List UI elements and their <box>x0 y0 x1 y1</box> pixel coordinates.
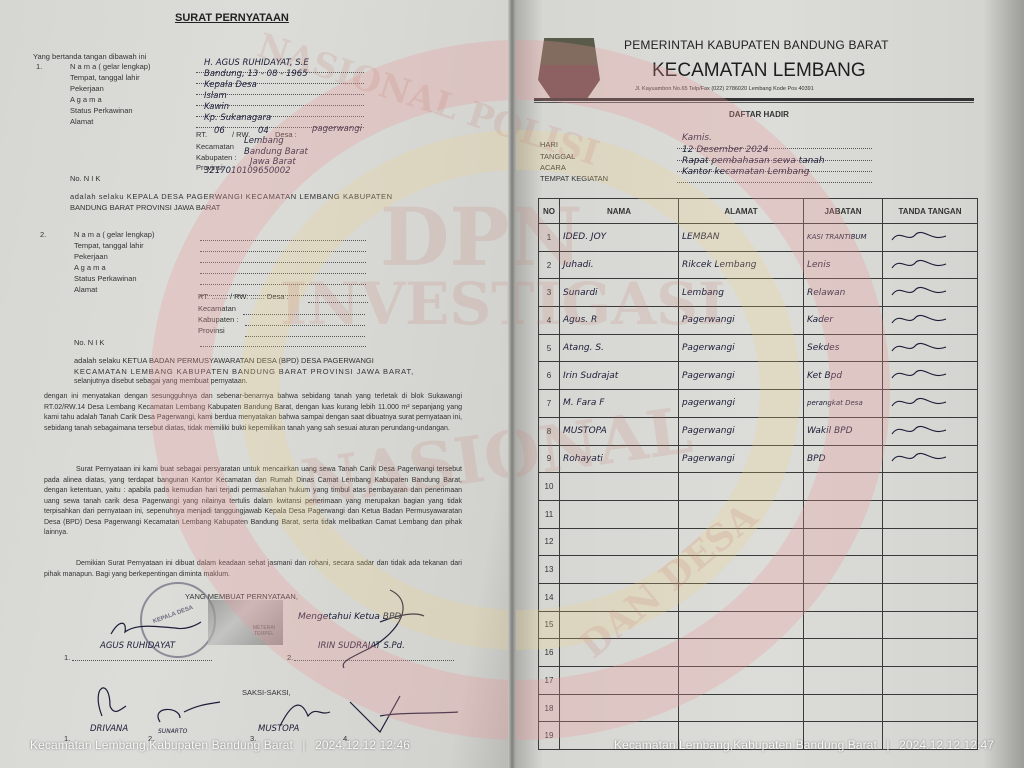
person2-field-blank <box>200 263 366 274</box>
intro-text: Yang bertanda tangan dibawah ini <box>33 52 146 61</box>
letterhead-line1: PEMERINTAH KABUPATEN BANDUNG BARAT <box>624 38 889 52</box>
cell-alamat <box>679 667 804 695</box>
rt-label: RT. <box>196 130 207 139</box>
letterhead-address: Jl. Kayuambon No.65 Telp/Fax (022) 27860… <box>635 86 814 92</box>
table-row: 9RohayatiPagerwangiBPD <box>539 445 978 473</box>
cell-nama: Irin Sudrajat <box>560 362 679 390</box>
table-row: 3SunardiLembangRelawan <box>539 279 978 307</box>
attendance-title: DAFTAR HADIR <box>729 110 789 119</box>
person2-kecamatan-label: Kecamatan <box>198 304 236 313</box>
kecamatan-label: Kecamatan <box>196 142 234 151</box>
table-row: 10 <box>539 473 978 501</box>
person1-label: Status Perkawinan <box>70 106 133 115</box>
signature-cell <box>883 390 978 418</box>
cell-alamat: Pagerwangi <box>679 362 804 390</box>
cell-ttd <box>883 639 978 667</box>
cell-ttd <box>883 556 978 584</box>
person2-field-blank <box>200 230 366 241</box>
cell-jabatan: Lenis <box>804 251 883 279</box>
cell-jabatan <box>804 528 883 556</box>
kabupaten-value: Bandung Barat <box>244 147 308 157</box>
person1-label: A g a m a <box>70 95 102 104</box>
cell-nama: Juhadi. <box>560 251 679 279</box>
cell-jabatan <box>804 556 883 584</box>
cell-nama: M. Fara F <box>560 390 679 418</box>
cell-nama <box>560 583 679 611</box>
cell-alamat: Pagerwangi <box>679 307 804 335</box>
table-row: 5Atang. S.PagerwangiSekdes <box>539 334 978 362</box>
cell-alamat <box>679 473 804 501</box>
cell-no: 14 <box>539 583 560 611</box>
signer1-number: 1. <box>64 653 70 662</box>
table-row: 16 <box>539 639 978 667</box>
cell-alamat <box>679 556 804 584</box>
person1-value: Kawin <box>204 102 229 112</box>
cell-no: 9 <box>539 445 560 473</box>
cell-alamat <box>679 639 804 667</box>
cell-jabatan <box>804 694 883 722</box>
cell-no: 2 <box>539 251 560 279</box>
signer1-signature <box>105 612 205 644</box>
cell-nama: Rohayati <box>560 445 679 473</box>
photo-caption-left: Kecamatan Lembang,Kabupaten Bandung Bara… <box>30 738 410 752</box>
cell-jabatan: KASI TRANTIBUM <box>804 224 883 252</box>
document-title: SURAT PERNYATAAN <box>175 12 289 24</box>
cell-alamat <box>679 500 804 528</box>
cell-alamat: Rikcek Lembang <box>679 251 804 279</box>
person1-value: H. AGUS RUHIDAYAT, S.E <box>204 58 309 68</box>
signature-cell <box>883 362 978 390</box>
rw-value: 04 <box>258 126 269 136</box>
cell-alamat <box>679 611 804 639</box>
signature-cell <box>883 445 978 473</box>
signature-cell <box>883 307 978 335</box>
signer2-signature <box>320 582 430 672</box>
person2-provinsi-label: Provinsi <box>198 326 225 335</box>
surat-pernyataan-page: SURAT PERNYATAAN Yang bertanda tangan di… <box>0 0 512 768</box>
person1-label: N a m a ( gelar lengkap) <box>70 62 150 71</box>
cell-no: 6 <box>539 362 560 390</box>
cell-nama: MUSTOPA <box>560 417 679 445</box>
table-row: 18 <box>539 694 978 722</box>
person1-role-line2: BANDUNG BARAT PROVINSI JAWA BARAT <box>70 203 220 212</box>
person2-kabupaten-label: Kabupaten : <box>198 315 238 324</box>
cell-ttd <box>883 473 978 501</box>
cell-nama <box>560 611 679 639</box>
cell-no: 5 <box>539 334 560 362</box>
person2-rt-line: RT. ........ / RW. ....... Desa : <box>198 292 289 301</box>
attendance-table: NO NAMA ALAMAT JABATAN TANDA TANGAN 1IDE… <box>538 198 978 750</box>
person1-role-line1: adalah selaku KEPALA DESA PAGERWANGI KEC… <box>70 192 393 201</box>
person1-label: Pekerjaan <box>70 84 104 93</box>
table-row: 15 <box>539 611 978 639</box>
cell-nama <box>560 556 679 584</box>
cell-no: 8 <box>539 417 560 445</box>
signature-cell <box>883 279 978 307</box>
cell-jabatan: BPD <box>804 445 883 473</box>
statement-paragraph-2: Surat Pernyataan ini kami buat sebagai p… <box>44 465 462 539</box>
cell-nama <box>560 667 679 695</box>
cell-nama: IDED. JOY <box>560 224 679 252</box>
cell-no: 1 <box>539 224 560 252</box>
cell-alamat: LEMBAN <box>679 224 804 252</box>
location-caption-right: Kecamatan Lembang,Kabupaten Bandung Bara… <box>614 738 877 752</box>
table-header-row: NO NAMA ALAMAT JABATAN TANDA TANGAN <box>539 199 978 224</box>
cell-no: 18 <box>539 694 560 722</box>
person2-label: Tempat, tanggal lahir <box>74 241 144 250</box>
person2-role-line3: selanjutnya disebut sebagai yang membuat… <box>74 378 248 385</box>
table-row: 14 <box>539 583 978 611</box>
person1-number: 1. <box>36 62 42 71</box>
kecamatan-value: Lembang <box>244 136 284 146</box>
cell-ttd <box>883 667 978 695</box>
cell-alamat: Pagerwangi <box>679 417 804 445</box>
cell-no: 17 <box>539 667 560 695</box>
header-jabatan: JABATAN <box>804 199 883 224</box>
header-no: NO <box>539 199 560 224</box>
cell-jabatan: perangkat Desa <box>804 390 883 418</box>
person2-field-blank <box>200 252 366 263</box>
signature-cell <box>883 334 978 362</box>
daftar-hadir-page: PEMERINTAH KABUPATEN BANDUNG BARAT KECAM… <box>512 0 1024 768</box>
cell-no: 19 <box>539 722 560 750</box>
kabupaten-label: Kabupaten : <box>196 153 236 162</box>
person2-role-line1: adalah selaku KETUA BADAN PERMUSYAWARATA… <box>74 356 374 365</box>
header-tanda-tangan: TANDA TANGAN <box>883 199 978 224</box>
signature-cell <box>883 417 978 445</box>
person1-value: Bandung, 13 - 08 - 1965 <box>204 69 308 79</box>
table-row: 1IDED. JOYLEMBANKASI TRANTIBUM <box>539 224 978 252</box>
table-row: 11 <box>539 500 978 528</box>
cell-jabatan <box>804 583 883 611</box>
person2-label: Alamat <box>74 285 97 294</box>
event-field-value: Kamis. <box>682 133 712 143</box>
timestamp-left: 2024.12.12 12:46 <box>315 738 410 752</box>
table-row: 13 <box>539 556 978 584</box>
cell-jabatan <box>804 667 883 695</box>
signature-cell <box>883 224 978 252</box>
cell-nama <box>560 694 679 722</box>
cell-no: 12 <box>539 528 560 556</box>
cell-nama: Sunardi <box>560 279 679 307</box>
person2-nik-label: No. N I K <box>74 338 104 347</box>
cell-nama <box>560 473 679 501</box>
cell-jabatan <box>804 639 883 667</box>
book-spine <box>508 0 516 768</box>
location-caption-left: Kecamatan Lembang,Kabupaten Bandung Bara… <box>30 738 293 752</box>
person2-role-line2: KECAMATAN LEMBANG KABUPATEN BANDUNG BARA… <box>74 367 414 376</box>
cell-no: 16 <box>539 639 560 667</box>
cell-alamat: pagerwangi <box>679 390 804 418</box>
letterhead-line2: KECAMATAN LEMBANG <box>652 60 866 82</box>
cell-nama: Atang. S. <box>560 334 679 362</box>
person2-number: 2. <box>40 230 46 239</box>
table-row: 8MUSTOPAPagerwangiWakil BPD <box>539 417 978 445</box>
cell-no: 15 <box>539 611 560 639</box>
cell-alamat: Lembang <box>679 279 804 307</box>
cell-no: 11 <box>539 500 560 528</box>
person2-label: Pekerjaan <box>74 252 108 261</box>
person2-field-blank <box>200 241 366 252</box>
cell-alamat <box>679 583 804 611</box>
cell-jabatan: Sekdes <box>804 334 883 362</box>
cell-no: 13 <box>539 556 560 584</box>
person1-value: Kepala Desa <box>204 80 257 90</box>
table-row: 17 <box>539 667 978 695</box>
cell-nama <box>560 528 679 556</box>
table-row: 2Juhadi.Rikcek LembangLenis <box>539 251 978 279</box>
cell-ttd <box>883 528 978 556</box>
event-field-label: ACARA <box>540 163 566 172</box>
cell-no: 10 <box>539 473 560 501</box>
nik-label: No. N I K <box>70 174 100 183</box>
cell-ttd <box>883 583 978 611</box>
cell-nama: Agus. R <box>560 307 679 335</box>
nik-value: 3217010109650002 <box>204 166 291 176</box>
table-row: 12 <box>539 528 978 556</box>
cell-jabatan: Kader <box>804 307 883 335</box>
cell-jabatan: Wakil BPD <box>804 417 883 445</box>
rt-value: 06 <box>214 126 225 136</box>
event-field-value: Rapat pembahasan sewa tanah <box>682 156 825 166</box>
photo-caption-right: Kecamatan Lembang,Kabupaten Bandung Bara… <box>614 738 994 752</box>
cell-no: 7 <box>539 390 560 418</box>
header-alamat: ALAMAT <box>679 199 804 224</box>
person1-value: Kp. Sukanagara <box>204 113 271 123</box>
event-field-label: TANGGAL <box>540 152 575 161</box>
person2-field-blank <box>200 274 366 285</box>
letterhead-divider <box>534 98 974 101</box>
person1-label: Tempat, tanggal lahir <box>70 73 140 82</box>
cell-no: 4 <box>539 307 560 335</box>
event-field-label: TEMPAT KEGIATAN <box>540 174 608 183</box>
cell-alamat <box>679 694 804 722</box>
cell-ttd <box>883 611 978 639</box>
cell-alamat: Pagerwangi <box>679 445 804 473</box>
meterai-stamp: METERAI TEMPEL <box>208 600 283 645</box>
timestamp-right: 2024.12.12 12:47 <box>899 738 994 752</box>
person2-label: A g a m a <box>74 263 106 272</box>
cell-nama <box>560 639 679 667</box>
person1-label: Alamat <box>70 117 93 126</box>
witness-signatures <box>80 676 460 736</box>
statement-paragraph-1: dengan ini menyatakan dengan sesungguhny… <box>44 392 462 434</box>
desa-value: pagerwangi <box>312 124 362 134</box>
kabupaten-emblem-icon <box>538 38 600 98</box>
cell-jabatan <box>804 611 883 639</box>
cell-no: 3 <box>539 279 560 307</box>
cell-jabatan <box>804 500 883 528</box>
person1-value: Islam <box>204 91 227 101</box>
cell-alamat <box>679 528 804 556</box>
cell-nama <box>560 500 679 528</box>
event-field-label: HARI <box>540 140 558 149</box>
statement-paragraph-3: Demikian Surat Pernyataan ini dibuat dal… <box>44 559 462 580</box>
signature-cell <box>883 251 978 279</box>
person2-label: Status Perkawinan <box>74 274 137 283</box>
cell-jabatan <box>804 473 883 501</box>
person2-label: N a m a ( gelar lengkap) <box>74 230 154 239</box>
cell-ttd <box>883 694 978 722</box>
cell-jabatan: Relawan <box>804 279 883 307</box>
table-row: 7M. Fara Fpagerwangiperangkat Desa <box>539 390 978 418</box>
cell-alamat: Pagerwangi <box>679 334 804 362</box>
event-field-value: Kantor kecamatan Lembang <box>682 167 809 177</box>
cell-ttd <box>883 500 978 528</box>
cell-jabatan: Ket Bpd <box>804 362 883 390</box>
signer2-number: 2. <box>287 653 293 662</box>
table-row: 4Agus. RPagerwangiKader <box>539 307 978 335</box>
header-nama: NAMA <box>560 199 679 224</box>
table-row: 6Irin SudrajatPagerwangiKet Bpd <box>539 362 978 390</box>
event-field-value: 12 Desember 2024 <box>682 145 769 155</box>
